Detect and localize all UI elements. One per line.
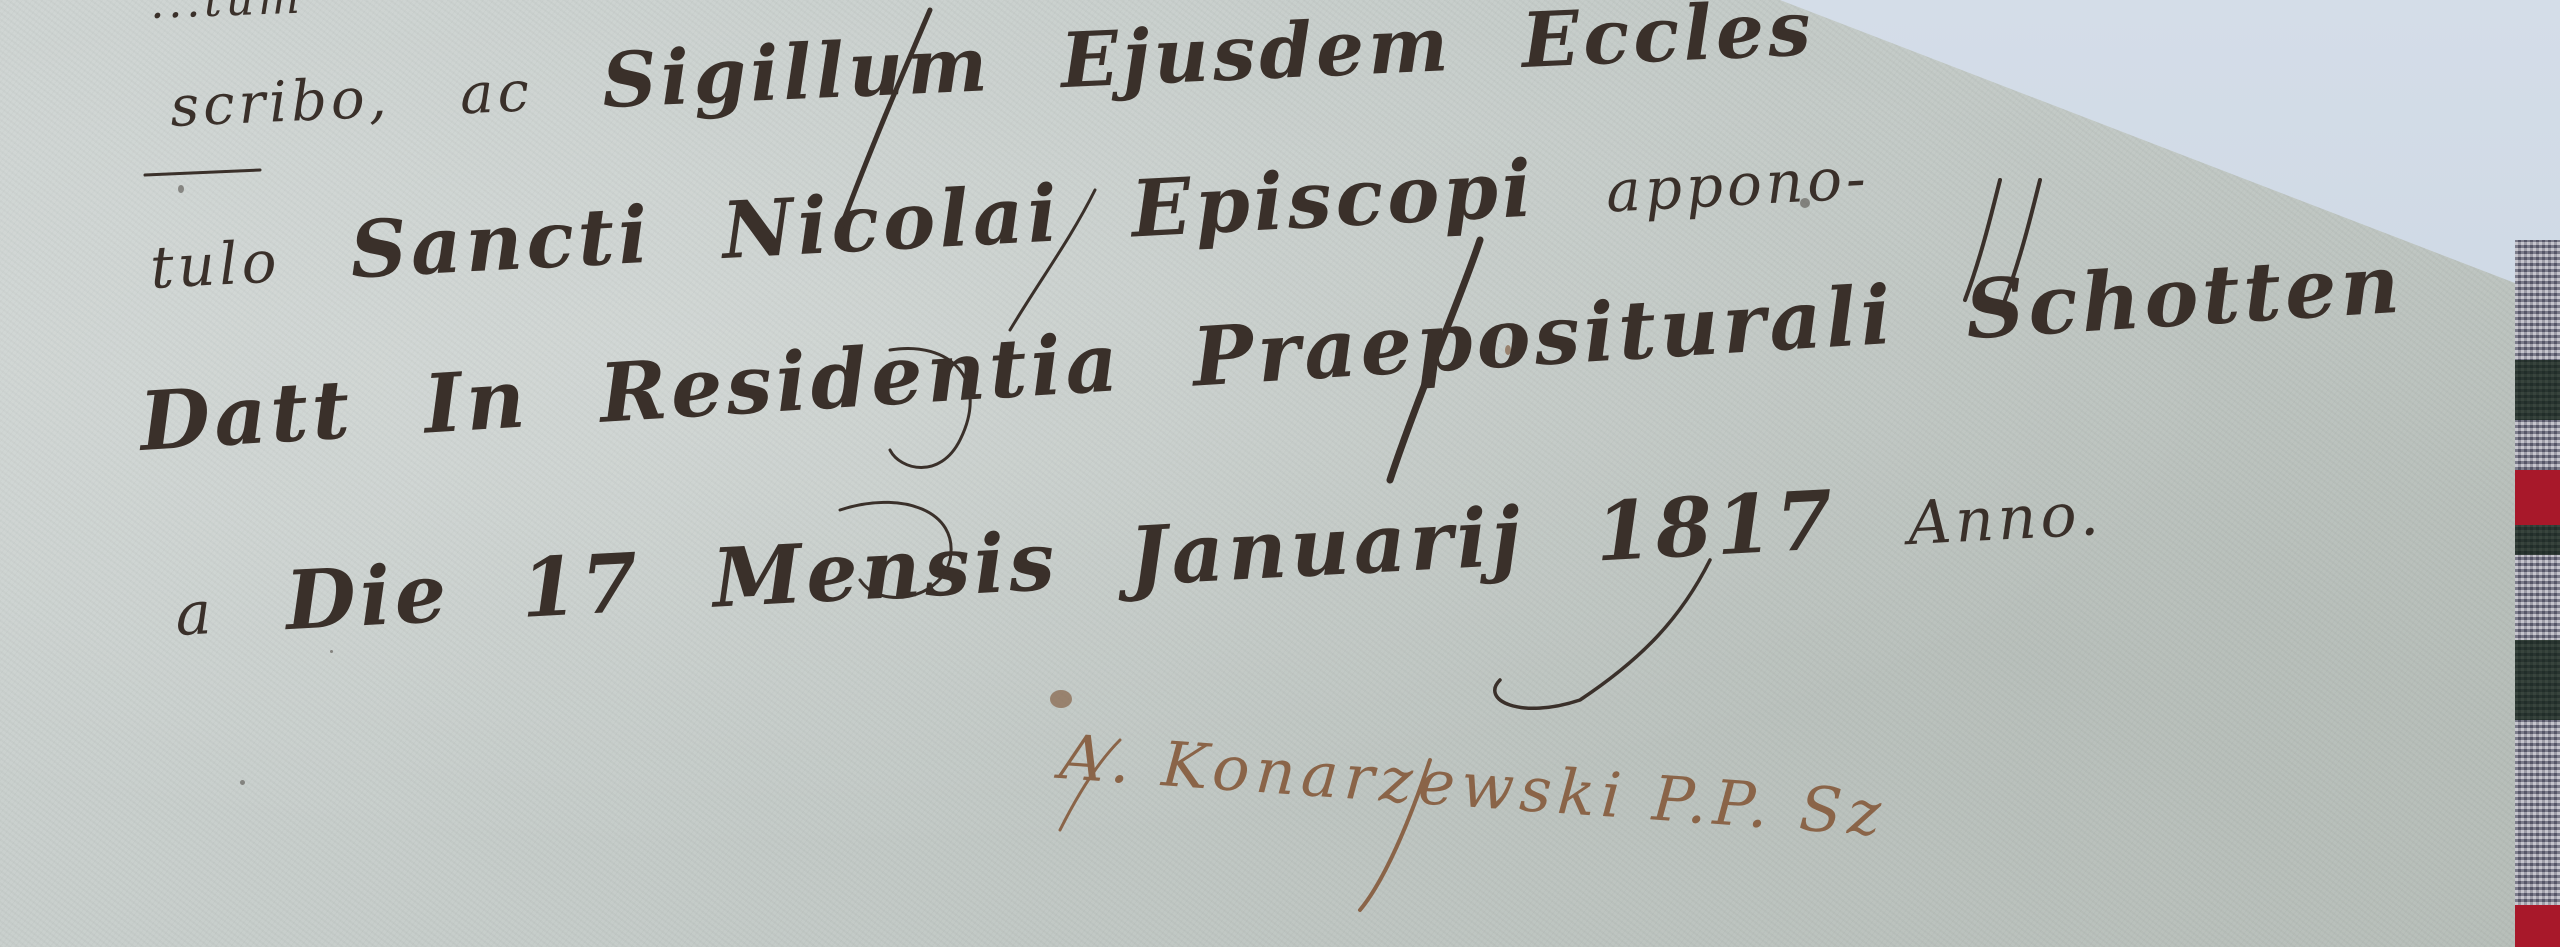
manuscript-line-0: ...tum xyxy=(149,0,352,29)
word: Praepositurali xyxy=(1190,268,1898,406)
date-month: Januarij xyxy=(1127,489,1527,605)
word: Episcopi xyxy=(1129,142,1538,255)
manuscript-line-1: scribo, ac Sigillum Ejusdem Eccles xyxy=(168,0,1864,144)
fabric-dark-band xyxy=(2515,360,2560,420)
fabric-red-band xyxy=(2515,470,2560,525)
fabric-dark-band xyxy=(2515,525,2560,555)
word: Residentia xyxy=(597,315,1125,442)
word: tulo xyxy=(149,227,283,302)
manuscript-line-4: a Die 17 Mensis Januarij 1817 Anno. xyxy=(173,457,2153,655)
fabric-red-band xyxy=(2515,905,2560,947)
word: scribo, xyxy=(169,65,392,140)
word: Datt xyxy=(137,362,356,470)
word: a xyxy=(174,578,217,650)
fabric-strip xyxy=(2515,240,2560,947)
paper-speck xyxy=(330,650,333,653)
word: Mensis xyxy=(710,514,1061,627)
word: Die xyxy=(283,546,452,649)
word: Anno. xyxy=(1906,479,2104,559)
word: appono- xyxy=(1604,144,1871,226)
word: Sigillum xyxy=(600,19,993,125)
word: Ejusdem xyxy=(1059,0,1454,105)
date-day: 17 xyxy=(519,536,645,637)
word: Sancti xyxy=(348,189,654,297)
word: Eccles xyxy=(1520,0,1817,85)
word: ...tum xyxy=(149,0,304,29)
manuscript-paper: ...tum scribo, ac Sigillum Ejusdem Eccle… xyxy=(0,0,2520,947)
fabric-dark-band xyxy=(2515,640,2560,720)
word: Nicolai xyxy=(720,167,1064,277)
manuscript-line-2: tulo Sancti Nicolai Episcopi appono- xyxy=(148,122,1920,306)
word: In xyxy=(421,351,531,452)
paper-speck xyxy=(240,780,245,785)
photo-scene: ...tum scribo, ac Sigillum Ejusdem Eccle… xyxy=(0,0,2560,947)
word: ac xyxy=(459,59,535,127)
paper-stain xyxy=(1050,690,1072,708)
signature: A. Konarzewski P.P. Sz xyxy=(1057,720,1889,851)
word: Schotten xyxy=(1963,237,2406,359)
date-year: 1817 xyxy=(1593,473,1839,581)
paper-speck xyxy=(178,185,184,193)
